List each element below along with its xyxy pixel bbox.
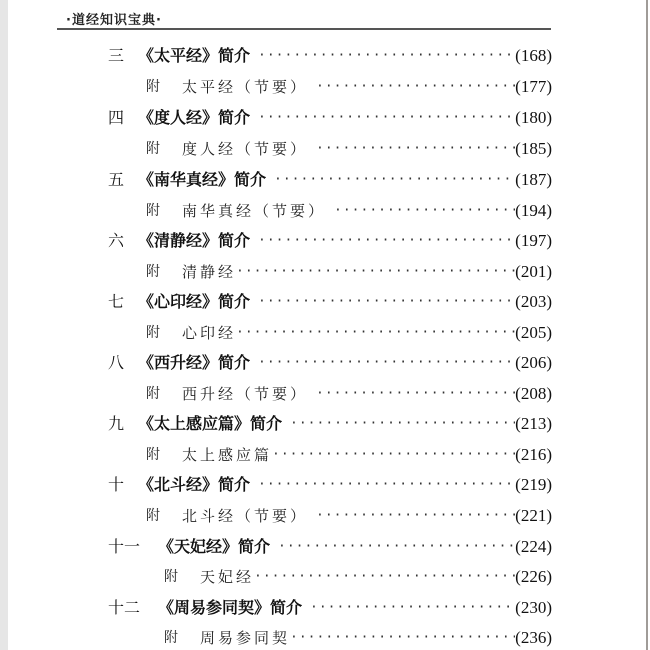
toc-subentry[interactable]: 附 北斗经（节要） (221) <box>146 505 552 527</box>
section-number: 五 <box>108 169 138 191</box>
section-number: 十 <box>108 474 138 496</box>
appendix-prefix: 附 <box>146 383 160 405</box>
page-number: (187) <box>515 169 552 191</box>
toc-subentry[interactable]: 附 太平经（节要） (177) <box>146 76 552 98</box>
leader-dots <box>250 352 515 374</box>
section-title: 《太上感应篇》简介 <box>138 413 282 435</box>
toc-subentry[interactable]: 附 度人经（节要） (185) <box>146 138 552 160</box>
toc-subentry[interactable]: 附 周易参同契 (236) <box>164 627 552 649</box>
toc-subentry[interactable]: 附 南华真经（节要） (194) <box>146 200 552 222</box>
toc-subentry[interactable]: 附 西升经（节要） (208) <box>146 383 552 405</box>
appendix-prefix: 附 <box>146 138 160 160</box>
appendix-prefix: 附 <box>146 261 160 283</box>
section-number: 十一 <box>108 536 158 558</box>
page-number: (236) <box>515 627 552 649</box>
section-title: 《北斗经》简介 <box>138 474 250 496</box>
toc-entry[interactable]: 十 《北斗经》简介 (219) <box>108 474 552 496</box>
leader-dots <box>250 107 515 129</box>
toc-entry[interactable]: 八 《西升经》简介 (206) <box>108 352 552 374</box>
page-number: (205) <box>515 322 552 344</box>
page-number: (219) <box>515 474 552 496</box>
appendix-title: 天妃经 <box>200 566 254 588</box>
leader-dots <box>254 566 515 588</box>
page-number: (206) <box>515 352 552 374</box>
leader-dots <box>266 169 515 191</box>
section-number: 三 <box>108 45 138 67</box>
toc-subentry[interactable]: 附 天妃经 (226) <box>164 566 552 588</box>
appendix-prefix: 附 <box>146 505 160 527</box>
leader-dots <box>270 536 515 558</box>
leader-dots <box>250 230 515 252</box>
section-title: 《心印经》简介 <box>138 291 250 313</box>
toc-entry[interactable]: 四 《度人经》简介 (180) <box>108 107 552 129</box>
section-number: 九 <box>108 413 138 435</box>
leader-dots <box>282 413 515 435</box>
appendix-prefix: 附 <box>146 76 160 98</box>
toc-entry[interactable]: 十一 《天妃经》简介 (224) <box>108 536 552 558</box>
toc-entry[interactable]: 三 《太平经》简介 (168) <box>108 45 552 67</box>
leader-dots <box>250 474 515 496</box>
section-number: 四 <box>108 107 138 129</box>
page-number: (208) <box>515 383 552 405</box>
leader-dots <box>308 138 515 160</box>
page-number: (213) <box>515 413 552 435</box>
appendix-title: 度人经（节要） <box>182 138 308 160</box>
page-border-right <box>646 0 648 650</box>
header-rule <box>57 28 551 30</box>
page-number: (185) <box>515 138 552 160</box>
page-number: (177) <box>515 76 552 98</box>
section-title: 《清静经》简介 <box>138 230 250 252</box>
appendix-prefix: 附 <box>164 566 178 588</box>
page-number: (224) <box>515 536 552 558</box>
section-title: 《周易参同契》简介 <box>158 597 302 619</box>
section-number: 八 <box>108 352 138 374</box>
leader-dots <box>250 291 515 313</box>
appendix-prefix: 附 <box>164 627 178 649</box>
appendix-title: 太平经（节要） <box>182 76 308 98</box>
toc-subentry[interactable]: 附 太上感应篇 (216) <box>146 444 552 466</box>
toc-entry[interactable]: 十二 《周易参同契》简介 (230) <box>108 597 552 619</box>
leader-dots <box>236 261 515 283</box>
appendix-title: 清静经 <box>182 261 236 283</box>
appendix-prefix: 附 <box>146 200 160 222</box>
toc-subentry[interactable]: 附 清静经 (201) <box>146 261 552 283</box>
appendix-title: 北斗经（节要） <box>182 505 308 527</box>
toc-entry[interactable]: 九 《太上感应篇》简介 (213) <box>108 413 552 435</box>
section-title: 《西升经》简介 <box>138 352 250 374</box>
page-number: (226) <box>515 566 552 588</box>
leader-dots <box>308 383 515 405</box>
appendix-prefix: 附 <box>146 444 160 466</box>
page-number: (221) <box>515 505 552 527</box>
leader-dots <box>308 76 515 98</box>
page-number: (216) <box>515 444 552 466</box>
section-number: 七 <box>108 291 138 313</box>
page-number: (230) <box>515 597 552 619</box>
section-title: 《度人经》简介 <box>138 107 250 129</box>
page-margin-left <box>0 0 8 650</box>
appendix-title: 太上感应篇 <box>182 444 272 466</box>
leader-dots <box>326 200 515 222</box>
appendix-title: 南华真经（节要） <box>182 200 326 222</box>
toc-entry[interactable]: 六 《清静经》简介 (197) <box>108 230 552 252</box>
page-number: (203) <box>515 291 552 313</box>
leader-dots <box>250 45 515 67</box>
appendix-prefix: 附 <box>146 322 160 344</box>
section-title: 《天妃经》简介 <box>158 536 270 558</box>
appendix-title: 心印经 <box>182 322 236 344</box>
running-head: ·道经知识宝典· <box>66 9 162 28</box>
leader-dots <box>236 322 515 344</box>
leader-dots <box>302 597 515 619</box>
leader-dots <box>290 627 515 649</box>
leader-dots <box>308 505 515 527</box>
section-number: 十二 <box>108 597 158 619</box>
section-title: 《南华真经》简介 <box>138 169 266 191</box>
toc-entry[interactable]: 五 《南华真经》简介 (187) <box>108 169 552 191</box>
leader-dots <box>272 444 515 466</box>
toc-subentry[interactable]: 附 心印经 (205) <box>146 322 552 344</box>
page-number: (201) <box>515 261 552 283</box>
appendix-title: 周易参同契 <box>200 627 290 649</box>
book-page: ·道经知识宝典· 三 《太平经》简介 (168) 附 太平经（节要） (177)… <box>8 0 646 650</box>
page-number: (194) <box>515 200 552 222</box>
page-number: (180) <box>515 107 552 129</box>
page-number: (197) <box>515 230 552 252</box>
appendix-title: 西升经（节要） <box>182 383 308 405</box>
section-number: 六 <box>108 230 138 252</box>
page-number: (168) <box>515 45 552 67</box>
section-title: 《太平经》简介 <box>138 45 250 67</box>
toc-entry[interactable]: 七 《心印经》简介 (203) <box>108 291 552 313</box>
